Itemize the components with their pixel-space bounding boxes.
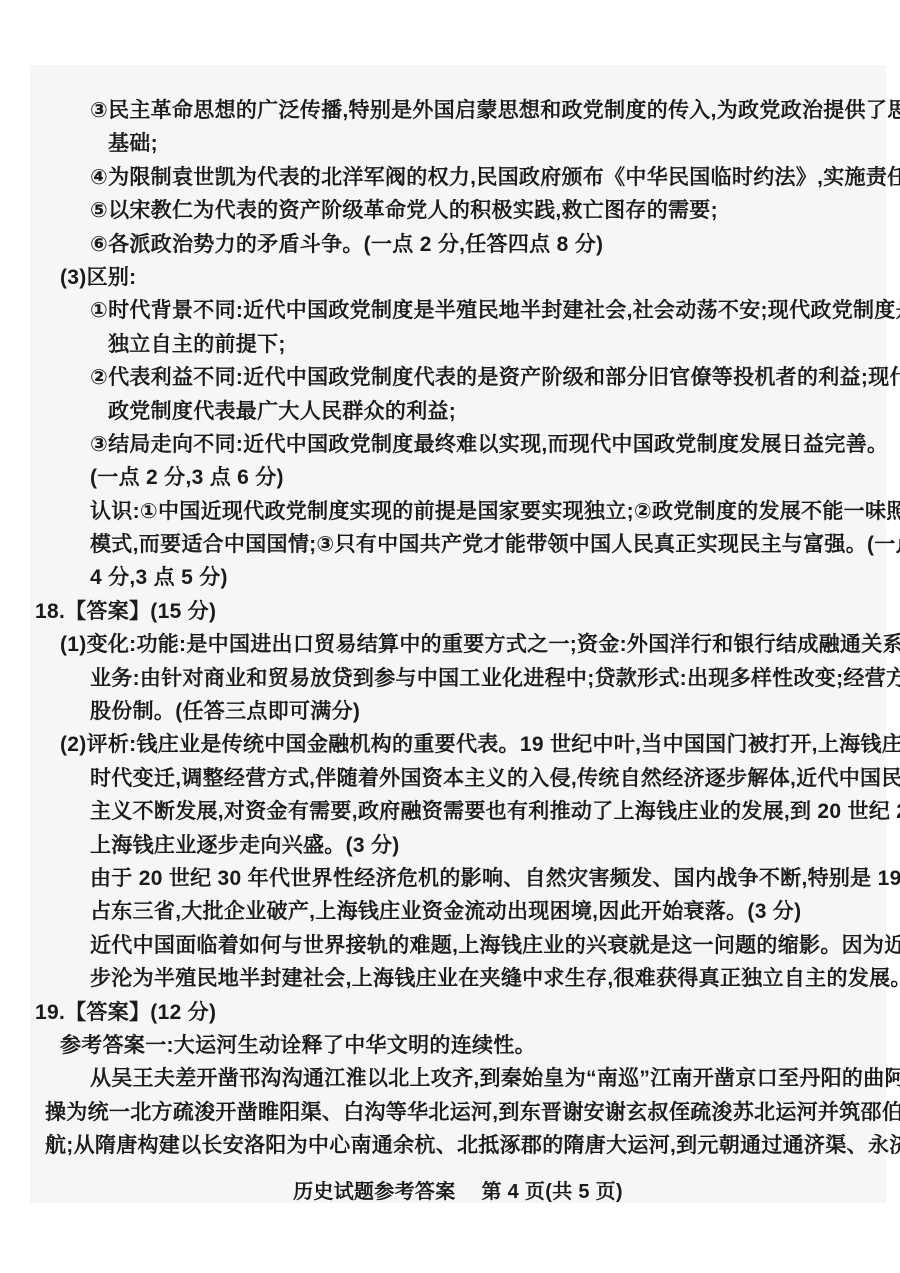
text-line: (3)区别: [30,261,886,294]
text-line: ②代表利益不同:近代中国政党制度代表的是资产阶级和部分旧官僚等投机者的利益;现代… [30,361,886,394]
text-line: 基础; [30,127,886,160]
text-line: ①时代背景不同:近代中国政党制度是半殖民地半封建社会,社会动荡不安;现代政党制度… [30,294,886,327]
text-line: (一点 2 分,3 点 6 分) [30,461,886,494]
text-line: 近代中国面临着如何与世界接轨的难题,上海钱庄业的兴衰就是这一问题的缩影。因为近代… [30,929,886,962]
text-line: 参考答案一:大运河生动诠释了中华文明的连续性。 [30,1029,886,1062]
footer-page-number: 第 4 页(共 5 页) [482,1181,623,1203]
text-line: 航;从隋唐构建以长安洛阳为中心南通余杭、北抵涿郡的隋唐大运河,到元朝通过通济渠、… [30,1129,886,1162]
text-line: 股份制。(任答三点即可满分) [30,695,886,728]
text-line: 4 分,3 点 5 分) [30,561,886,594]
text-line: (1)变化:功能:是中国进出口贸易结算中的重要方式之一;资金:外国洋行和银行结成… [30,628,886,661]
text-line: 上海钱庄业逐步走向兴盛。(3 分) [30,829,886,862]
text-line: 由于 20 世纪 30 年代世界性经济危机的影响、自然灾害频发、国内战争不断,特… [30,862,886,895]
text-line: 19.【答案】(12 分) [30,996,886,1029]
footer-doc-title: 历史试题参考答案 [293,1181,455,1203]
answer-text-block: ③民主革命思想的广泛传播,特别是外国启蒙思想和政党制度的传入,为政党政治提供了思… [30,94,886,1163]
text-line: 主义不断发展,对资金有需要,政府融资需要也有利推动了上海钱庄业的发展,到 20 … [30,795,886,828]
text-line: ⑥各派政治势力的矛盾斗争。(一点 2 分,任答四点 8 分) [30,228,886,261]
text-line: (2)评析:钱庄业是传统中国金融机构的重要代表。19 世纪中叶,当中国国门被打开… [30,728,886,761]
text-line: 18.【答案】(15 分) [30,595,886,628]
scanned-page: ③民主革命思想的广泛传播,特别是外国启蒙思想和政党制度的传入,为政党政治提供了思… [30,65,886,1203]
text-line: 步沦为半殖民地半封建社会,上海钱庄业在夹缝中求生存,很难获得真正独立自主的发展。… [30,962,886,995]
text-line: ③结局走向不同:近代中国政党制度最终难以实现,而现代中国政党制度发展日益完善。 [30,428,886,461]
text-line: ⑤以宋教仁为代表的资产阶级革命党人的积极实践,救亡图存的需要; [30,194,886,227]
text-line: 操为统一北方疏浚开凿睢阳渠、白沟等华北运河,到东晋谢安谢玄叔侄疏浚苏北运河并筑邵… [30,1096,886,1129]
text-line: 从吴王夫差开凿邗沟沟通江淮以北上攻齐,到秦始皇为“南巡”江南开凿京口至丹阳的曲阿… [30,1062,886,1095]
text-line: 政党制度代表最广大人民群众的利益; [30,395,886,428]
text-line: ③民主革命思想的广泛传播,特别是外国启蒙思想和政党制度的传入,为政党政治提供了思… [30,94,886,127]
text-line: 时代变迁,调整经营方式,伴随着外国资本主义的入侵,传统自然经济逐步解体,近代中国… [30,762,886,795]
page-footer: 历史试题参考答案第 4 页(共 5 页) [30,1175,886,1204]
text-line: 占东三省,大批企业破产,上海钱庄业资金流动出现困境,因此开始衰落。(3 分) [30,895,886,928]
text-line: 模式,而要适合中国国情;③只有中国共产党才能带领中国人民真正实现民主与富强。(一… [30,528,886,561]
text-line: 认识:①中国近现代政党制度实现的前提是国家要实现独立;②政党制度的发展不能一味照… [30,495,886,528]
text-line: 业务:由针对商业和贸易放贷到参与中国工业化进程中;贷款形式:出现多样性改变;经营… [30,662,886,695]
text-line: ④为限制袁世凯为代表的北洋军阀的权力,民国政府颁布《中华民国临时约法》,实施责任… [30,161,886,194]
text-line: 独立自主的前提下; [30,328,886,361]
